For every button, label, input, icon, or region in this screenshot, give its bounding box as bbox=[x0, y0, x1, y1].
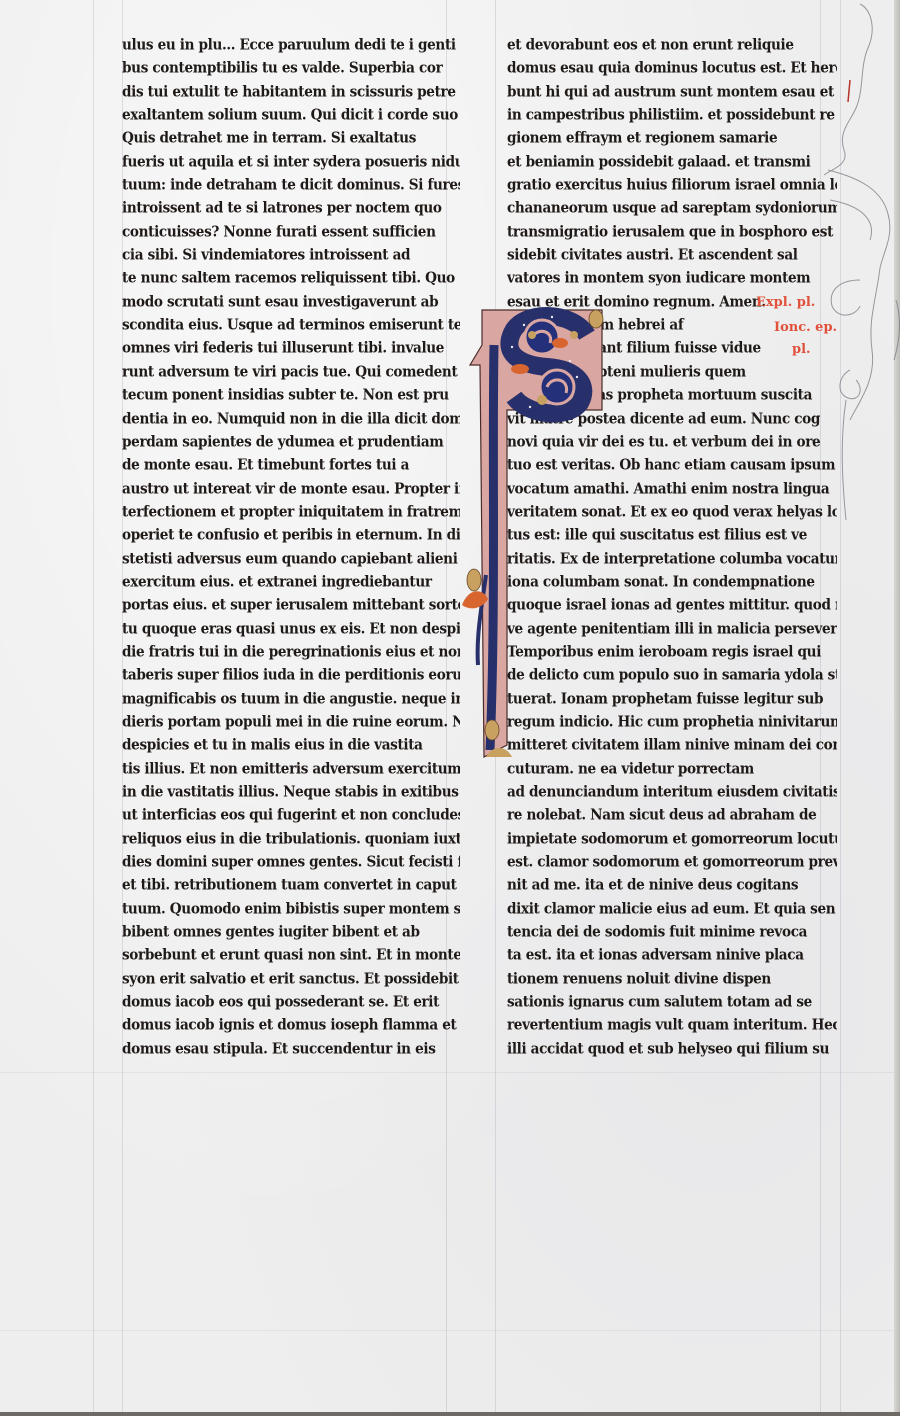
text-line: terfectionem et propter iniquitatem in f… bbox=[122, 500, 460, 525]
margin-rubric-prologue: pl. bbox=[792, 340, 811, 360]
text-line: illi accidat quod et sub helyseo qui fil… bbox=[507, 1037, 837, 1062]
ruling-line bbox=[0, 1330, 900, 1331]
text-line: syon erit salvatio et erit sanctus. Et p… bbox=[122, 967, 460, 992]
text-line: domus iacob eos qui possederant se. Et e… bbox=[122, 990, 460, 1015]
text-line: fueris ut aquila et si inter sydera posu… bbox=[122, 150, 460, 175]
text-line: austro ut intereat vir de monte esau. Pr… bbox=[122, 477, 460, 502]
text-line: nit ad me. ita et de ninive deus cogitan… bbox=[507, 873, 837, 898]
text-line: dieris portam populi mei in die ruine eo… bbox=[122, 710, 460, 735]
text-line: ut interficias eos qui fugerint et non c… bbox=[122, 803, 460, 828]
text-line: tuum: inde detraham te dicit dominus. Si… bbox=[122, 173, 460, 198]
text-line: tis illius. Et non emitteris adversum ex… bbox=[122, 757, 460, 782]
text-line: sidebit civitates austri. Et ascendent s… bbox=[507, 243, 837, 268]
text-line: in die vastitatis illius. Neque stabis i… bbox=[122, 780, 460, 805]
text-line: exercitum eius. et extranei ingrediebant… bbox=[122, 570, 460, 595]
text-line: tencia dei de sodomis fuit minime revoca bbox=[507, 920, 837, 945]
text-line: operiet te confusio et peribis in eternu… bbox=[122, 523, 460, 548]
text-line: die fratris tui in die peregrinationis e… bbox=[122, 640, 460, 665]
text-line: et tibi. retributionem tuam convertet in… bbox=[122, 873, 460, 898]
text-line: reliquos eius in die tribulationis. quon… bbox=[122, 827, 460, 852]
margin-rubric-incipit: Ionc. ep. bbox=[774, 318, 837, 338]
text-line: omnes viri federis tui illuserunt tibi. … bbox=[122, 337, 460, 362]
text-line: vatores in montem syon iudicare montem bbox=[507, 267, 837, 292]
text-line: sationis ignarus cum salutem totam ad se bbox=[507, 990, 837, 1015]
text-line: tionem renuens noluit divine dispen bbox=[507, 967, 837, 992]
text-line: revertentium magis vult quam interitum. … bbox=[507, 1014, 837, 1039]
text-line: dis tui extulit te habitantem in scissur… bbox=[122, 80, 460, 105]
text-line: conticuisses? Nonne furati essent suffic… bbox=[122, 220, 460, 245]
text-line: et devorabunt eos et non erunt reliquie bbox=[507, 33, 837, 58]
text-line: dixit clamor malicie eius ad eum. Et qui… bbox=[507, 897, 837, 922]
text-line: gionem effraym et regionem samarie bbox=[507, 126, 837, 151]
text-line: in campestribus philistiim. et possidebu… bbox=[507, 103, 837, 128]
text-line: domus esau quia dominus locutus est. Et … bbox=[507, 56, 837, 81]
page-edge bbox=[0, 1412, 900, 1416]
ruling-line bbox=[93, 0, 94, 1416]
text-line: bibent omnes gentes iugiter bibent et ab bbox=[122, 920, 460, 945]
text-line: domus esau stipula. Et succendentur in e… bbox=[122, 1037, 460, 1062]
text-line: transmigratio ierusalem que in bosphoro … bbox=[507, 220, 837, 245]
text-line: de monte esau. Et timebunt fortes tui a bbox=[122, 453, 460, 478]
text-line: sorbebunt et erunt quasi non sint. Et in… bbox=[122, 943, 460, 968]
text-line: taberis super filios iuda in die perditi… bbox=[122, 663, 460, 688]
text-line: impietate sodomorum et gomorreorum locut… bbox=[507, 827, 837, 852]
text-line: despicies et tu in malis eius in die vas… bbox=[122, 733, 460, 758]
text-line: bunt hi qui ad austrum sunt montem esau … bbox=[507, 80, 837, 105]
text-line: tecum ponent insidias subter te. Non est… bbox=[122, 383, 460, 408]
text-line: te nunc saltem racemos reliquissent tibi… bbox=[122, 267, 460, 292]
text-line: est. clamor sodomorum et gomorreorum pre… bbox=[507, 850, 837, 875]
text-line: portas eius. et super ierusalem mitteban… bbox=[122, 593, 460, 618]
text-line: cia sibi. Si vindemiatores introissent a… bbox=[122, 243, 460, 268]
text-line: magnificabis os tuum in die angustie. ne… bbox=[122, 687, 460, 712]
text-line: dentia in eo. Numquid non in die illa di… bbox=[122, 407, 460, 432]
text-line: et beniamin possidebit galaad. et transm… bbox=[507, 150, 837, 175]
text-line: domus iacob ignis et domus ioseph flamma… bbox=[122, 1014, 460, 1039]
text-line: scondita eius. Usque ad terminos emiseru… bbox=[122, 313, 460, 338]
text-line: bus contemptibilis tu es valde. Superbia… bbox=[122, 56, 460, 81]
text-line: tu quoque eras quasi unus ex eis. Et non… bbox=[122, 617, 460, 642]
text-line: chananeorum usque ad sareptam sydoniorum… bbox=[507, 196, 837, 221]
text-line: ad denunciandum interitum eiusdem civita… bbox=[507, 780, 837, 805]
ruling-line bbox=[0, 1072, 900, 1073]
text-line: runt adversum te viri pacis tue. Qui com… bbox=[122, 360, 460, 385]
text-line: introissent ad te si latrones per noctem… bbox=[122, 196, 460, 221]
margin-rubric-explicit: Expl. pl. bbox=[756, 293, 815, 313]
text-line: ulus eu in plu... Ecce paruulum dedi te … bbox=[122, 33, 460, 58]
text-line: tuum. Quomodo enim bibistis super montem… bbox=[122, 897, 460, 922]
text-line: modo scrutati sunt esau investigaverunt … bbox=[122, 290, 460, 315]
text-line: dies domini super omnes gentes. Sicut fe… bbox=[122, 850, 460, 875]
text-line: ta est. ita et ionas adversam ninive pla… bbox=[507, 943, 837, 968]
text-line: perdam sapientes de ydumea et prudentiam bbox=[122, 430, 460, 455]
left-text-column: ulus eu in plu... Ecce paruulum dedi te … bbox=[122, 34, 460, 1061]
illuminated-initial-s bbox=[462, 305, 612, 765]
text-line: re nolebat. Nam sicut deus ad abraham de bbox=[507, 803, 837, 828]
text-line: stetisti adversus eum quando capiebant a… bbox=[122, 547, 460, 572]
text-line: gratio exercitus huius filiorum israel o… bbox=[507, 173, 837, 198]
text-line: Quis detrahet me in terram. Si exaltatus bbox=[122, 126, 460, 151]
text-line: exaltantem solium suum. Qui dicit i cord… bbox=[122, 103, 460, 128]
